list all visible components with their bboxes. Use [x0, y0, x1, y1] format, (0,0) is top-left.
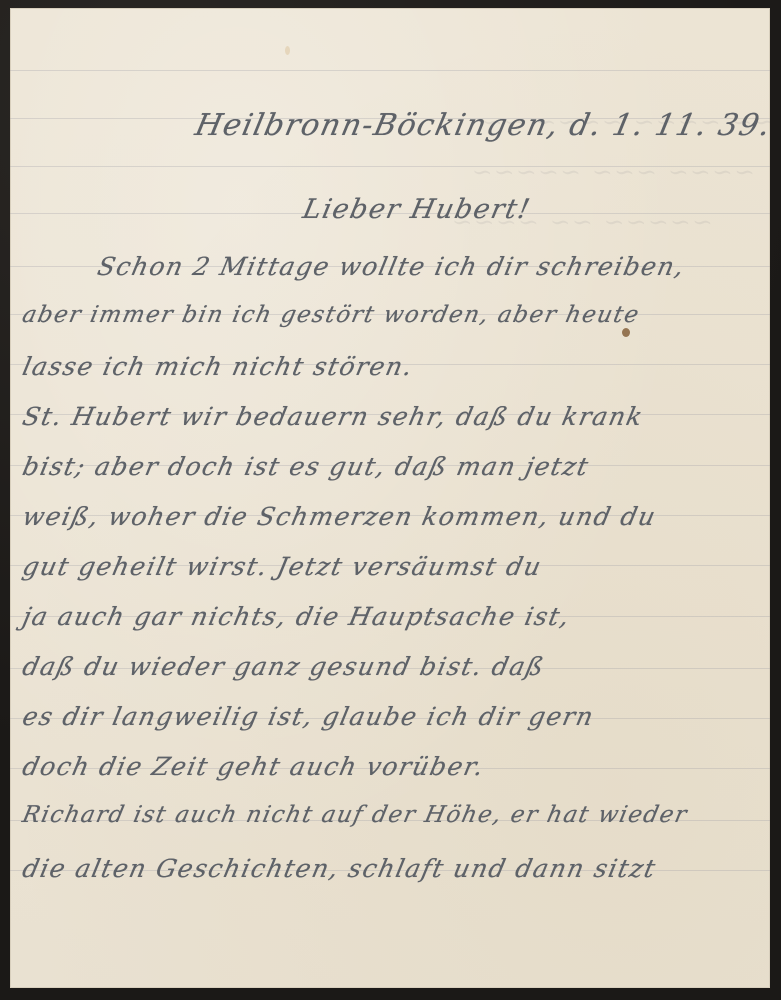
letter-line: Richard ist auch nicht auf der Höhe, er …: [20, 802, 690, 828]
salutation: Lieber Hubert!: [300, 194, 534, 225]
letter-line: gut geheilt wirst. Jetzt versäumst du: [20, 552, 545, 581]
letter-line: St. Hubert wir bedauern sehr, daß du kra…: [20, 402, 646, 431]
letter-line: doch die Zeit geht auch vorüber.: [20, 752, 487, 781]
paper-stain: [285, 46, 290, 55]
letter-line: lasse ich mich nicht stören.: [20, 352, 416, 381]
letter-line: Schon 2 Mittage wollte ich dir schreiben…: [95, 252, 688, 281]
ruled-line: [10, 70, 770, 71]
letter-line: weiß, woher die Schmerzen kommen, und du: [20, 502, 659, 531]
letter-line: die alten Geschichten, schlaft und dann …: [20, 854, 659, 883]
letter-line: aber immer bin ich gestört worden, aber …: [20, 302, 642, 328]
place-date: Heilbronn-Böckingen, d. 1. 11. 39.: [192, 108, 770, 143]
ink-stain: [622, 328, 630, 337]
letter-page: ~~~ ~~~~ ~~~~ ~~ ~~~~ ~~~ ~~~~~ ~~~~~ ~~…: [10, 8, 770, 988]
letter-line: es dir langweilig ist, glaube ich dir ge…: [20, 702, 597, 731]
letter-line: bist; aber doch ist es gut, daß man jetz…: [20, 452, 592, 481]
letter-line: ja auch gar nichts, die Hauptsache ist,: [20, 602, 573, 631]
letter-line: daß du wieder ganz gesund bist. daß: [20, 652, 547, 681]
bleed-through: ~~~~ ~~~ ~~~~~: [467, 158, 758, 186]
